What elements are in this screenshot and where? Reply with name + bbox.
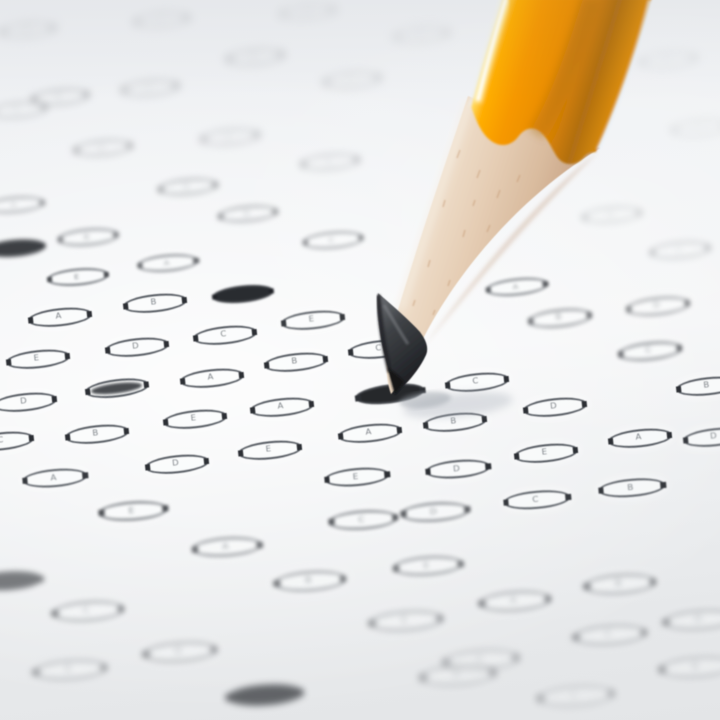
pencil-body [470, 0, 652, 164]
photo-answer-sheet-scene: ABCDEABDEABCDEABCDEABCDEABCDEABCDEABCDEA… [0, 0, 720, 720]
pencil [0, 0, 720, 720]
pencil-tip-shadow [398, 387, 514, 422]
